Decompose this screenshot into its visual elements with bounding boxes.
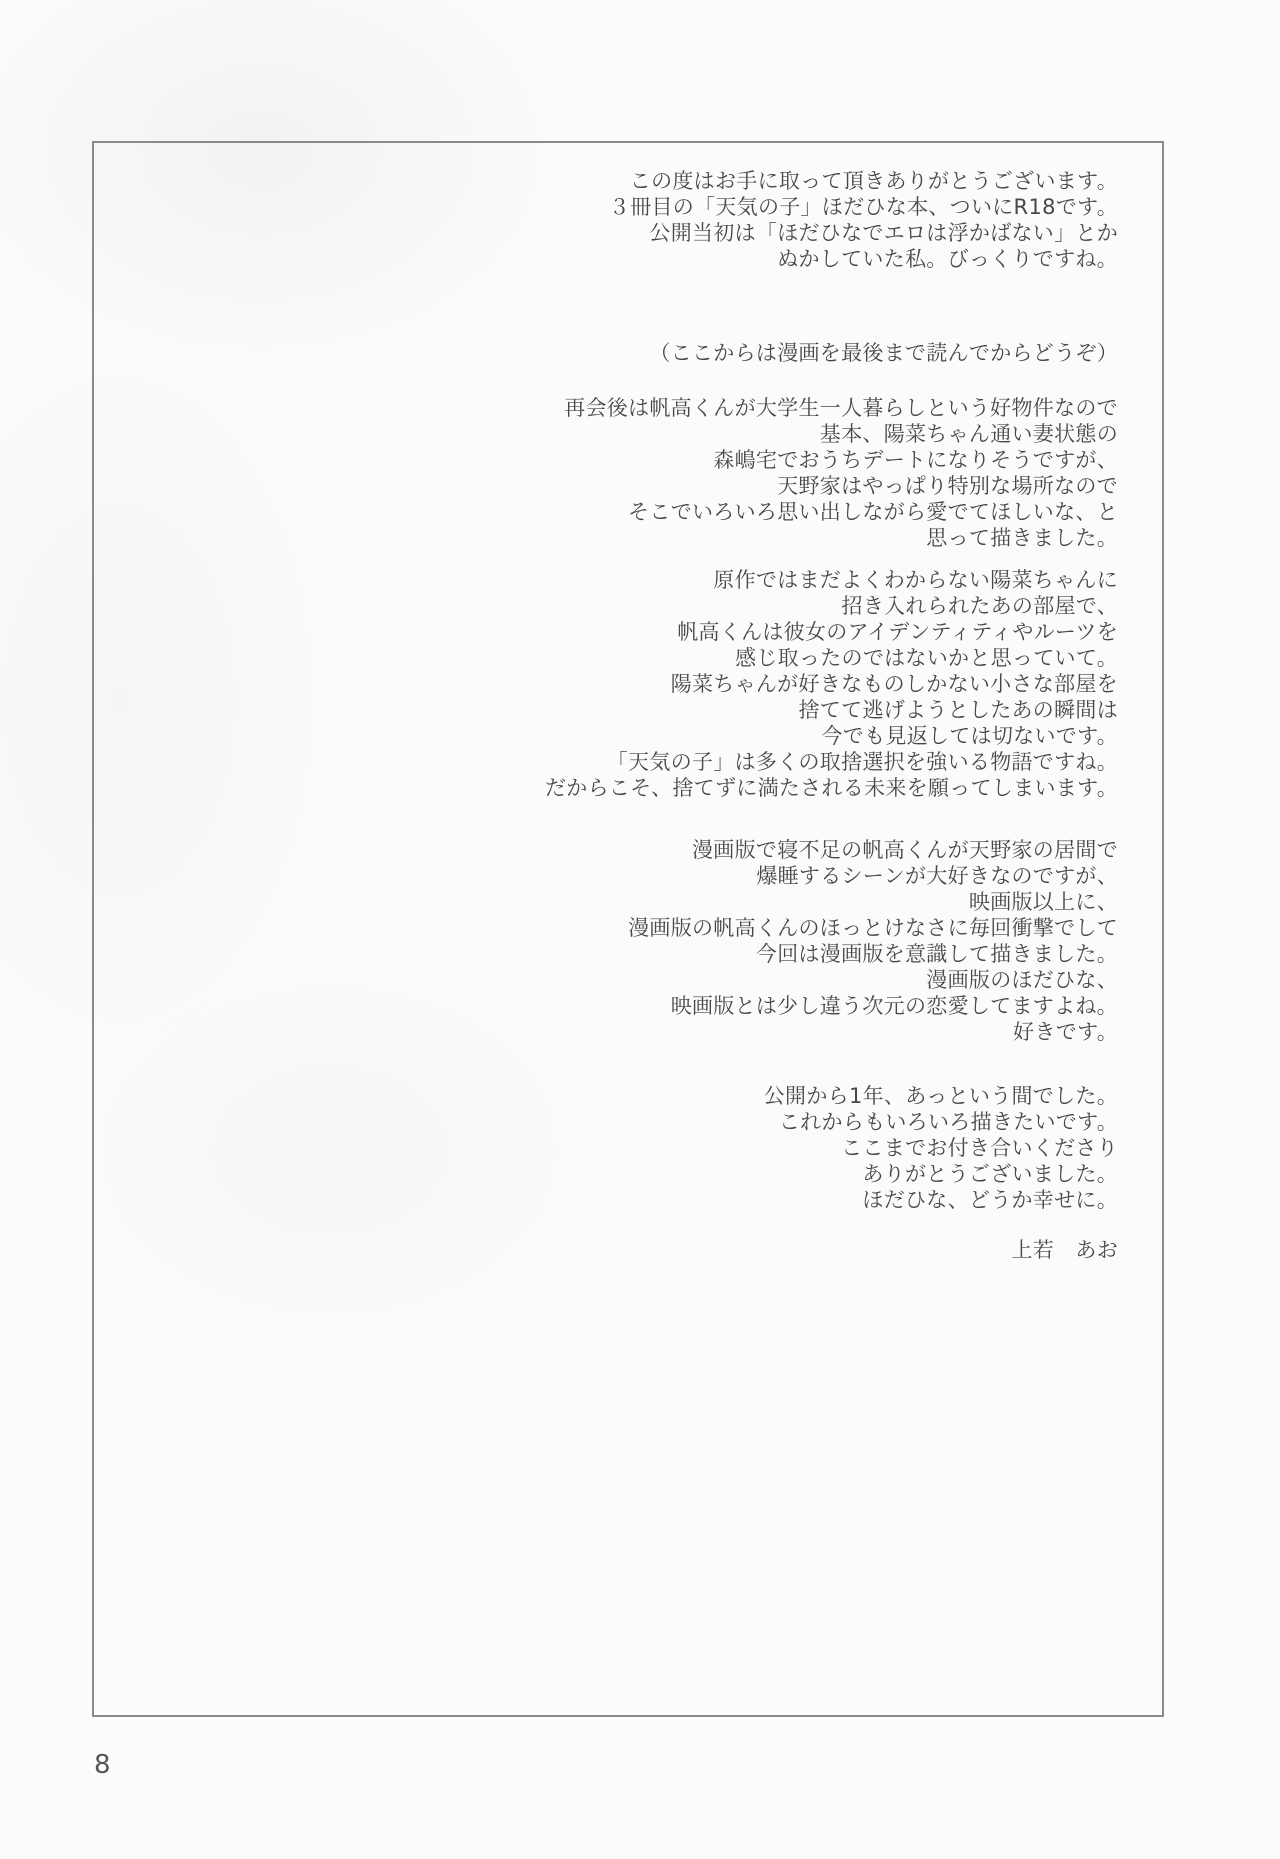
- afterword-paragraph-closing: 公開から1年、あっという間でした。 これからもいろいろ描きたいです。 ここまでお…: [124, 1083, 1118, 1213]
- afterword-content: この度はお手に取って頂きありがとうございます。 ３冊目の「天気の子」ほだひな本、…: [94, 143, 1162, 1263]
- afterword-paragraph-room: 原作ではまだよくわからない陽菜ちゃんに 招き入れられたあの部屋で、 帆高くんは彼…: [124, 567, 1118, 801]
- page-number: 8: [94, 1750, 111, 1780]
- afterword-paragraph-manga-version: 漫画版で寝不足の帆高くんが天野家の居間で 爆睡するシーンが大好きなのですが、 映…: [124, 837, 1118, 1045]
- author-signature: 上若 あお: [124, 1237, 1118, 1263]
- afterword-parenthetical-note: （ここからは漫画を最後まで読んでからどうぞ）: [124, 340, 1118, 366]
- scanned-afterword-page: この度はお手に取って頂きありがとうございます。 ３冊目の「天気の子」ほだひな本、…: [0, 0, 1280, 1859]
- afterword-paragraph-greeting: この度はお手に取って頂きありがとうございます。 ３冊目の「天気の子」ほだひな本、…: [124, 168, 1118, 272]
- afterword-paragraph-reunion: 再会後は帆高くんが大学生一人暮らしという好物件なので 基本、陽菜ちゃん通い妻状態…: [124, 395, 1118, 551]
- afterword-border-frame: この度はお手に取って頂きありがとうございます。 ３冊目の「天気の子」ほだひな本、…: [92, 141, 1164, 1717]
